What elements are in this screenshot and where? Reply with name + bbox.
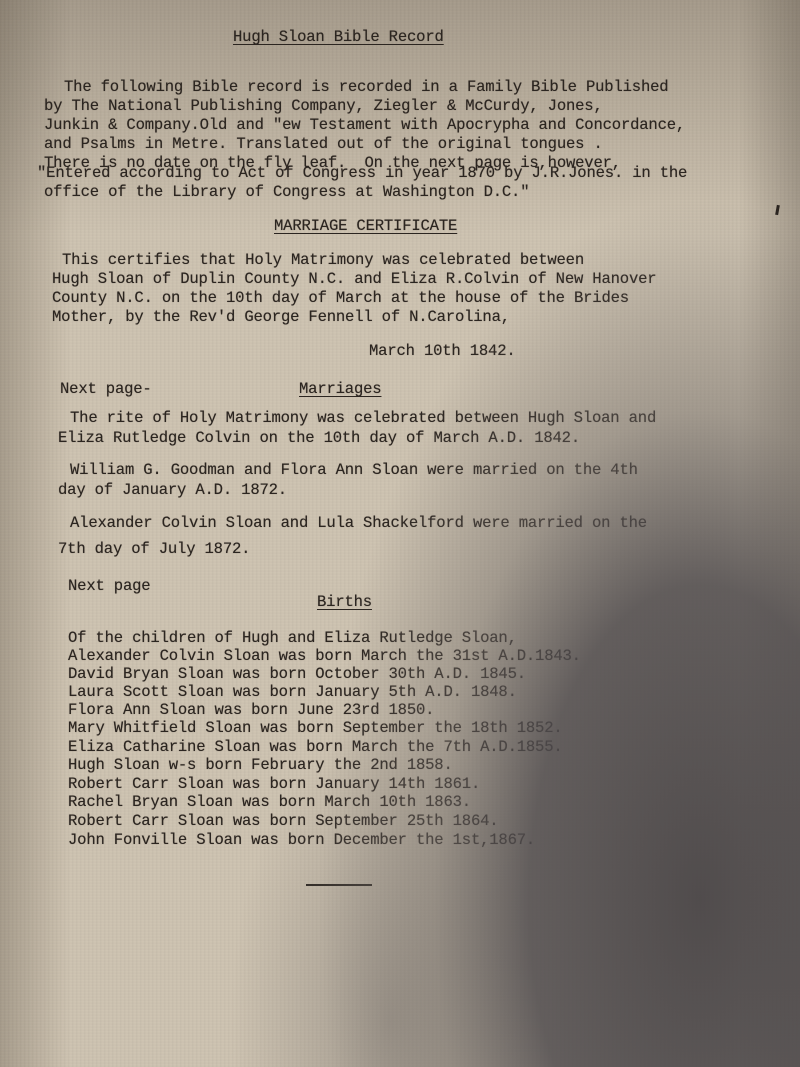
- birth-entry: Robert Carr Sloan was born September 25t…: [68, 812, 498, 831]
- intro-line: "Entered according to Act of Congress in…: [37, 164, 687, 183]
- births-intro: Of the children of Hugh and Eliza Rutled…: [68, 629, 517, 648]
- certificate-line: This certifies that Holy Matrimony was c…: [62, 251, 584, 270]
- intro-line: The following Bible record is recorded i…: [64, 78, 668, 97]
- birth-entry: Alexander Colvin Sloan was born March th…: [68, 647, 581, 666]
- certificate-line: Hugh Sloan of Duplin County N.C. and Eli…: [52, 270, 656, 289]
- birth-entry: Mary Whitfield Sloan was born September …: [68, 719, 563, 738]
- marriage-entry-line: day of January A.D. 1872.: [58, 481, 287, 500]
- intro-line: by The National Publishing Company, Zieg…: [44, 97, 603, 116]
- marriage-entry-line: The rite of Holy Matrimony was celebrate…: [70, 409, 656, 428]
- closing-rule: [306, 884, 372, 886]
- births-next-page-label: Next page: [68, 577, 150, 596]
- marriage-certificate-heading: MARRIAGE CERTIFICATE: [274, 217, 457, 236]
- certificate-line: Mother, by the Rev'd George Fennell of N…: [52, 308, 510, 327]
- certificate-line: County N.C. on the 10th day of March at …: [52, 289, 629, 308]
- birth-entry: Rachel Bryan Sloan was born March 10th 1…: [68, 793, 471, 812]
- intro-line: office of the Library of Congress at Was…: [44, 183, 529, 202]
- marriage-entry-line: William G. Goodman and Flora Ann Sloan w…: [70, 461, 638, 480]
- births-heading: Births: [317, 593, 372, 612]
- birth-entry: Laura Scott Sloan was born January 5th A…: [68, 683, 517, 702]
- birth-entry: David Bryan Sloan was born October 30th …: [68, 665, 526, 684]
- birth-entry: Flora Ann Sloan was born June 23rd 1850.: [68, 701, 434, 720]
- marriage-entry-line: 7th day of July 1872.: [58, 540, 250, 559]
- certificate-date: March 10th 1842.: [369, 342, 516, 361]
- marriages-next-page-label: Next page-: [60, 380, 152, 399]
- marriages-heading: Marriages: [299, 380, 381, 399]
- birth-entry: Robert Carr Sloan was born January 14th …: [68, 775, 480, 794]
- birth-entry: Hugh Sloan w-s born February the 2nd 185…: [68, 756, 453, 775]
- marriage-entry-line: Eliza Rutledge Colvin on the 10th day of…: [58, 429, 580, 448]
- intro-line: and Psalms in Metre. Translated out of t…: [44, 135, 603, 154]
- birth-entry: Eliza Catharine Sloan was born March the…: [68, 738, 563, 757]
- document-title: Hugh Sloan Bible Record: [233, 28, 444, 47]
- intro-line: Junkin & Company.Old and "ew Testament w…: [44, 116, 685, 135]
- birth-entry: John Fonville Sloan was born December th…: [68, 831, 535, 850]
- marriage-entry-line: Alexander Colvin Sloan and Lula Shackelf…: [70, 514, 647, 533]
